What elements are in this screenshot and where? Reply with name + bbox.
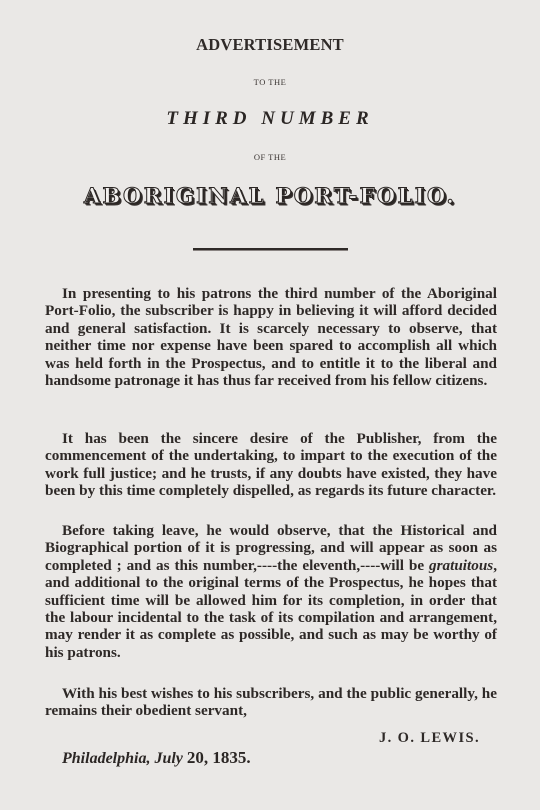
to-the-label: TO THE (0, 77, 540, 87)
advertisement-page: ADVERTISEMENT TO THE THIRD NUMBER OF THE… (0, 0, 540, 810)
divider-rule (193, 248, 348, 251)
dateline-place: Philadelphia, July (62, 750, 187, 767)
of-the-label: OF THE (0, 152, 540, 162)
dateline-date: 20, 1835. (187, 748, 251, 767)
emphasis-gratuitous: gratuitous (429, 557, 493, 574)
paragraph-text: With his best wishes to his subscribers,… (45, 685, 497, 720)
signature: J. O. LEWIS. (379, 730, 480, 747)
third-number-heading: THIRD NUMBER (0, 108, 540, 130)
paragraph-text: Before taking leave, he would observe, t… (45, 522, 497, 661)
paragraph-text: It has been the sincere desire of the Pu… (45, 430, 497, 500)
paragraph-1: In presenting to his patrons the third n… (45, 285, 497, 397)
dateline: Philadelphia, July 20, 1835. (62, 748, 251, 768)
paragraph-2: It has been the sincere desire of the Pu… (45, 430, 497, 508)
paragraph-4: With his best wishes to his subscribers,… (45, 685, 497, 728)
paragraph-3: Before taking leave, he would observe, t… (45, 522, 497, 669)
advertisement-heading: ADVERTISEMENT (0, 35, 540, 55)
publication-title: ABORIGINAL PORT-FOLIO. (0, 183, 540, 208)
paragraph-text: In presenting to his patrons the third n… (45, 285, 497, 389)
